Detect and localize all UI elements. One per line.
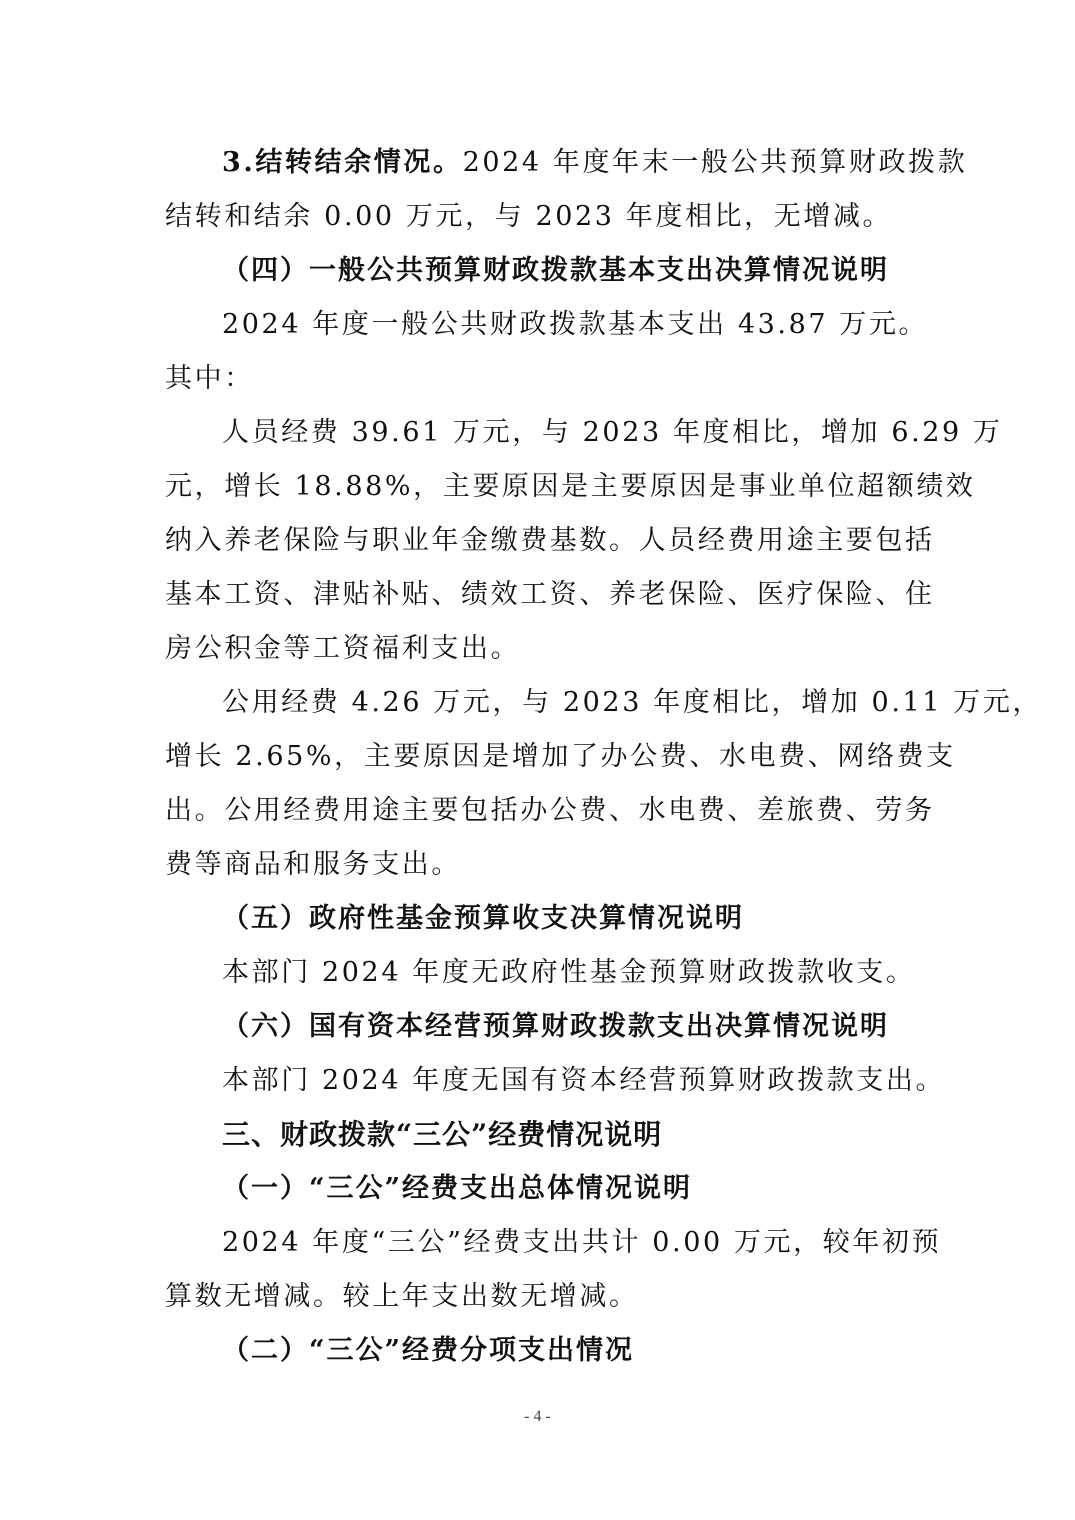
paragraph-carryover-line-2: 结转和结余 0.00 万元，与 2023 年度相比，无增减。	[165, 199, 892, 235]
personnel-expense-line-4: 基本工资、津贴补贴、绩效工资、养老保险、医疗保险、住	[165, 577, 935, 613]
public-expense-line-3: 出。公用经费用途主要包括办公费、水电费、差旅费、劳务	[165, 793, 935, 829]
basic-expenditure-among: 其中：	[165, 361, 254, 397]
paragraph-carryover-line-1: 3.结转结余情况。2024 年度年末一般公共预算财政拨款	[222, 145, 967, 181]
three-public-total-line-1: 2024 年度“三公”经费支出共计 0.00 万元，较年初预	[222, 1225, 941, 1261]
carryover-heading: 3.结转结余情况。	[222, 147, 463, 178]
personnel-expense-line-3: 纳入养老保险与职业年金缴费基数。人员经费用途主要包括	[165, 523, 935, 559]
personnel-expense-line-1: 人员经费 39.61 万元，与 2023 年度相比，增加 6.29 万	[222, 415, 1003, 451]
three-public-total-line-2: 算数无增减。较上年支出数无增减。	[165, 1279, 639, 1315]
chapter-heading-3: 三、财政拨款“三公”经费情况说明	[222, 1117, 662, 1153]
personnel-expense-line-5: 房公积金等工资福利支出。	[165, 631, 520, 667]
subsection-heading-1: （一）“三公”经费支出总体情况说明	[222, 1171, 692, 1207]
public-expense-line-1: 公用经费 4.26 万元，与 2023 年度相比，增加 0.11 万元，	[222, 685, 1042, 721]
public-expense-line-4: 费等商品和服务支出。	[165, 847, 461, 883]
section-heading-4: （四）一般公共预算财政拨款基本支出决算情况说明	[222, 253, 889, 289]
personnel-expense-line-2: 元，增长 18.88%，主要原因是主要原因是事业单位超额绩效	[165, 469, 976, 505]
state-capital-statement: 本部门 2024 年度无国有资本经营预算财政拨款支出。	[222, 1063, 945, 1099]
gov-fund-statement: 本部门 2024 年度无政府性基金预算财政拨款收支。	[222, 955, 915, 991]
public-expense-line-2: 增长 2.65%，主要原因是增加了办公费、水电费、网络费支	[165, 739, 956, 775]
subsection-heading-2: （二）“三公”经费分项支出情况	[222, 1333, 634, 1369]
section-heading-5: （五）政府性基金预算收支决算情况说明	[222, 901, 744, 937]
section-heading-6: （六）国有资本经营预算财政拨款支出决算情况说明	[222, 1009, 889, 1045]
page-number: - 4 -	[0, 1408, 1075, 1426]
carryover-text: 2024 年度年末一般公共预算财政拨款	[463, 147, 968, 178]
basic-expenditure-total: 2024 年度一般公共财政拨款基本支出 43.87 万元。	[222, 307, 928, 343]
